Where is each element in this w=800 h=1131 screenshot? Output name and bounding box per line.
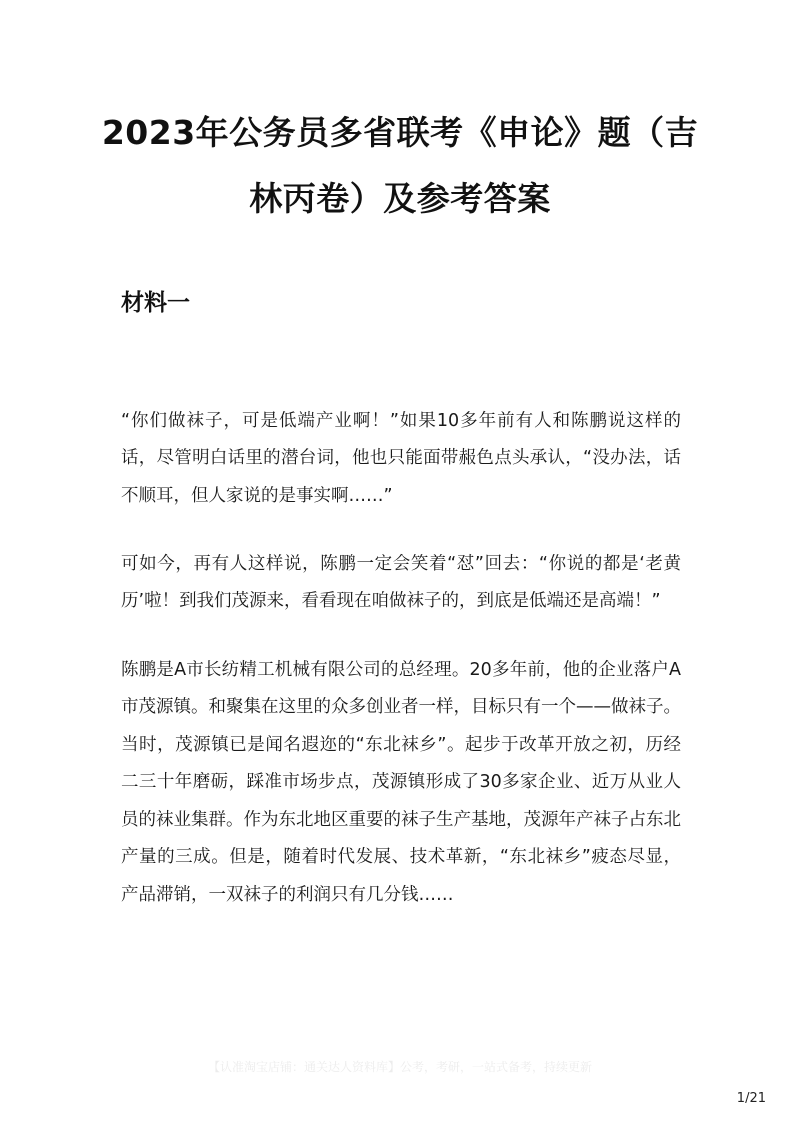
section-heading: 材料一	[121, 288, 190, 318]
paragraph: “你们做袜子，可是低端产业啊！”如果10多年前有人和陈鹏说这样的话，尽管明白话里…	[121, 403, 681, 516]
paragraph: 陈鹏是A市长纺精工机械有限公司的总经理。20多年前，他的企业落户A市茂源镇。和聚…	[121, 652, 681, 915]
watermark: 【认准淘宝店铺：通关达人资料库】公考，考研，一站式备考，持续更新	[170, 1058, 630, 1075]
paragraph: 可如今，再有人这样说，陈鹏一定会笑着“怼”回去：“你说的都是‘老黄历’啦！到我们…	[121, 546, 681, 621]
document-title: 2023年公务员多省联考《申论》题（吉林丙卷）及参考答案	[100, 100, 700, 232]
page-number: 1/21	[737, 1091, 766, 1106]
